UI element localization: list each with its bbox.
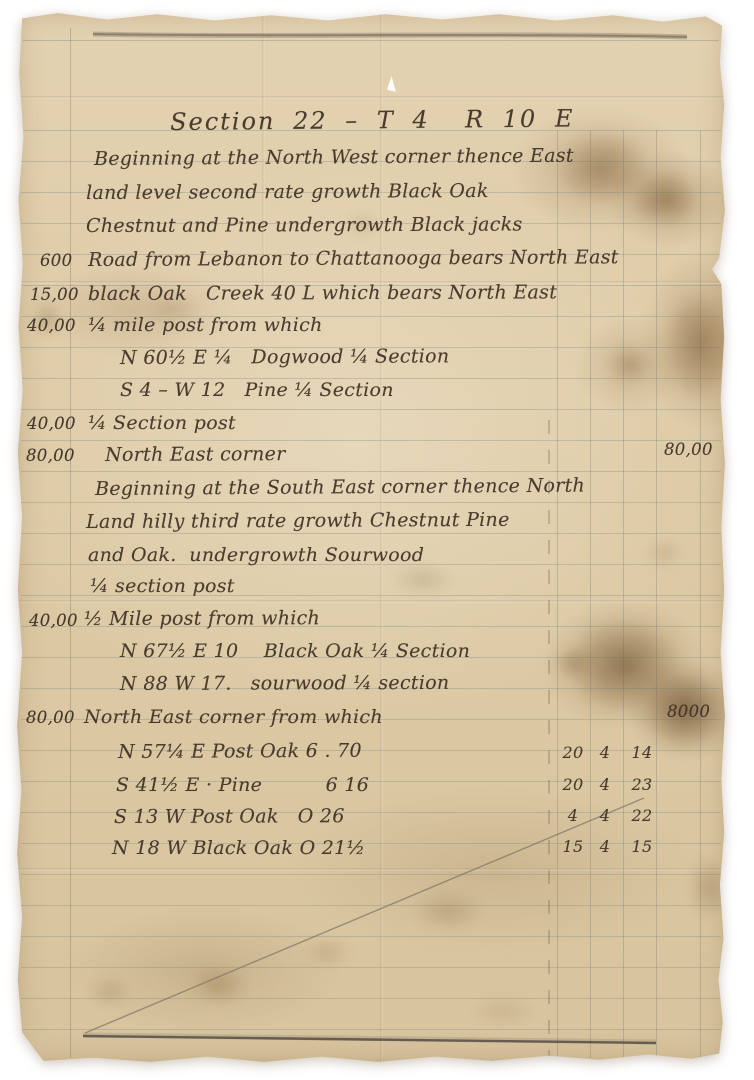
pencil-line-diagonal [85,798,644,1033]
document-paper [15,10,727,1064]
pencil-marks [15,10,727,1064]
document-photo: Section 22 – T 4 R 10 E Beginning at the… [0,0,754,1080]
paper-shadow [15,10,727,1064]
pencil-line-bottom-blur [83,1035,656,1042]
